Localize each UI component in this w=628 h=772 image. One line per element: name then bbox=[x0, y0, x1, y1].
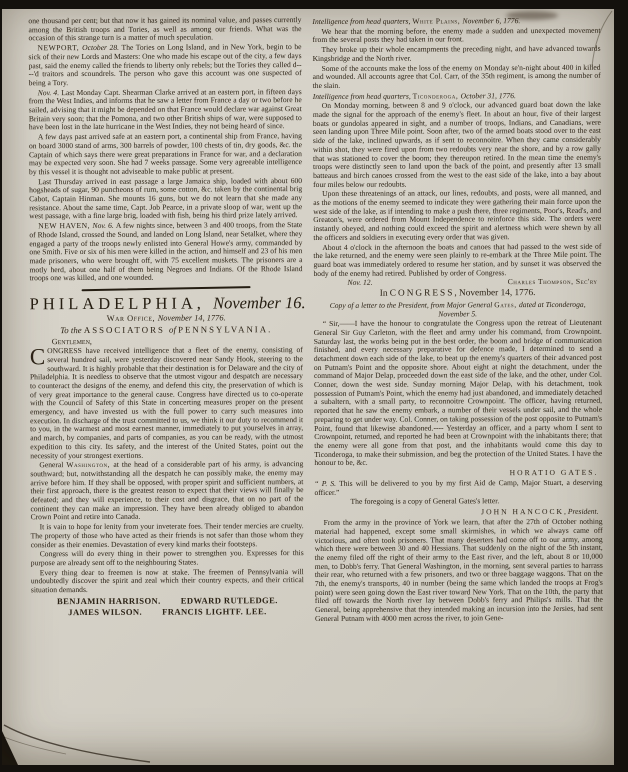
page-columns: one thousand per cent; but that now it h… bbox=[28, 15, 605, 762]
text-segment: PHILADELPHIA, bbox=[30, 294, 214, 314]
paragraph-congress-intelligence: CONGRESS have received intelligence that… bbox=[30, 346, 303, 460]
dateline-philadelphia: PHILADELPHIA, November 16. bbox=[30, 293, 303, 313]
text-segment: BENJAMIN HARRISON. bbox=[57, 595, 161, 606]
text-segment: It is vain to hope for lenity from your … bbox=[31, 521, 304, 549]
paragraph-newport: NEWPORT, October 28. The Tories on Long … bbox=[28, 43, 301, 88]
text-segment: On Monday morning, between 8 and 9 o'clo… bbox=[313, 100, 601, 189]
text-segment: Intelligence from head quarters, bbox=[313, 91, 413, 100]
heading-in-congress: In CONGRESS, November 14, 1776. bbox=[314, 288, 602, 300]
right-column: Intelligence from head quarters, White P… bbox=[312, 15, 603, 761]
text-segment: dated at Ticonderoga, bbox=[519, 300, 586, 309]
text-segment: November 6, 1776. bbox=[462, 16, 520, 25]
text-segment: Last Thursday arrived in east passage a … bbox=[29, 176, 302, 221]
paragraph-jamaica-ship: Last Thursday arrived in east passage a … bbox=[29, 177, 302, 222]
text-segment: They broke up their whole encampments th… bbox=[313, 44, 601, 63]
text-segment: From the army in the province of York we… bbox=[315, 517, 603, 623]
text-segment: Charles Thompson, Sec'ry bbox=[508, 278, 598, 287]
text-segment: In bbox=[380, 289, 390, 299]
text-segment: JAMES WILSON. bbox=[68, 607, 142, 618]
text-segment: Upon these threatenings of an attack, ou… bbox=[313, 188, 601, 242]
paragraph-postscript: “ P. S. This will be delivered to you by… bbox=[314, 479, 602, 498]
paragraph-lenity: It is vain to hope for lenity from your … bbox=[31, 522, 304, 549]
paragraph-nov4: Nov. 4. Last Monday Capt. Shearman Clark… bbox=[29, 88, 302, 133]
paragraph-washington: General Washington, at the head of a con… bbox=[30, 460, 303, 522]
paragraph-newhaven: NEW HAVEN, Nov. 6. A few nights since, b… bbox=[29, 221, 302, 283]
text-segment: October 31, 1776. bbox=[461, 91, 516, 100]
text-segment: Nov. 12. bbox=[348, 279, 373, 288]
text-segment: C bbox=[30, 347, 47, 366]
signature-row: BENJAMIN HARRISON.EDWARD RUTLEDGE. bbox=[31, 595, 304, 607]
text-segment: HORATIO GATES. bbox=[510, 468, 599, 477]
text-segment: one thousand per cent; but that now it h… bbox=[28, 15, 301, 43]
text-segment: To the bbox=[60, 325, 84, 335]
text-segment: Last Monday Capt. Shearman Clarke arrive… bbox=[29, 87, 302, 132]
heading-copy-of-letter: Copy of a letter to the President, from … bbox=[314, 300, 602, 319]
attestation-row: Nov. 12.Charles Thompson, Sec'ry bbox=[314, 278, 602, 288]
paragraph-sudden-movement: We hear that the morning before, the ene… bbox=[312, 26, 600, 45]
text-segment: Gates, bbox=[494, 300, 519, 309]
text-segment: Gentlemen, bbox=[52, 337, 92, 346]
text-segment: A few days past arrived safe at an easte… bbox=[29, 131, 302, 176]
text-segment: JOHN HANCOCK bbox=[481, 507, 564, 516]
paragraph-foregoing: The foregoing is a copy of General Gates… bbox=[314, 497, 602, 507]
paragraph-freemen: Every thing dear to freemen is now at st… bbox=[31, 568, 304, 595]
text-segment: November 14, 1776. bbox=[158, 313, 226, 322]
text-segment: This will be delivered to you by my firs… bbox=[314, 478, 602, 497]
text-segment: The foregoing is a copy of General Gates… bbox=[350, 497, 499, 507]
text-segment: “ Sir,——I have the honour to congratulat… bbox=[314, 318, 603, 468]
text-segment: About 4 o'clock in the afternoon the boa… bbox=[313, 241, 601, 277]
paragraph-gates-letter: “ Sir,——I have the honour to congratulat… bbox=[314, 319, 603, 468]
paragraph-enemy-loss: Some of the accounts make the loss of th… bbox=[313, 63, 601, 90]
paragraph-currency: one thousand per cent; but that now it h… bbox=[28, 16, 301, 43]
text-segment: ASSOCIATORS bbox=[84, 325, 169, 335]
paragraph-continental-ship: A few days past arrived safe at an easte… bbox=[29, 132, 302, 177]
text-segment: CONGRESS bbox=[390, 288, 455, 298]
section-divider-rule bbox=[81, 286, 250, 291]
paragraph-expresses: Congress will do every thing in their po… bbox=[31, 549, 304, 568]
left-column: one thousand per cent; but that now it h… bbox=[28, 16, 304, 762]
text-segment: We hear that the morning before, the ene… bbox=[312, 25, 600, 44]
newspaper-page: one thousand per cent; but that now it h… bbox=[2, 9, 614, 765]
text-segment: November 5. bbox=[438, 309, 477, 318]
paragraph-four-oclock: About 4 o'clock in the afternoon the boa… bbox=[313, 242, 601, 278]
text-segment: Every thing dear to freemen is now at st… bbox=[31, 567, 304, 595]
text-segment: War Office, bbox=[107, 314, 158, 323]
text-segment: EDWARD RUTLEDGE. bbox=[181, 595, 278, 606]
text-segment: FRANCIS LIGHTF. LEE. bbox=[162, 607, 267, 618]
text-segment: White Plains, bbox=[412, 16, 462, 25]
paragraph-army-of-york: From the army in the province of York we… bbox=[315, 518, 603, 624]
signature-row: JAMES WILSON.FRANCIS LIGHTF. LEE. bbox=[31, 606, 304, 618]
text-segment: A few nights since, between 3 and 400 tr… bbox=[29, 220, 302, 282]
text-segment: November 16. bbox=[213, 293, 306, 312]
scan-corner-shadow bbox=[2, 731, 18, 765]
text-segment: Some of the accounts make the loss of th… bbox=[313, 62, 601, 90]
paragraph-monday-morning: On Monday morning, between 8 and 9 o'clo… bbox=[313, 101, 601, 189]
text-segment: Congress will do every thing in their po… bbox=[31, 548, 304, 567]
paragraph-encampments: They broke up their whole encampments th… bbox=[313, 45, 601, 64]
text-segment: , President. bbox=[564, 507, 599, 516]
heading-associators: To the ASSOCIATORS of PENNSYLVANIA. bbox=[30, 324, 303, 336]
text-segment: PENNSYLVANIA. bbox=[178, 324, 272, 334]
paragraph-threatenings: Upon these threatenings of an attack, ou… bbox=[313, 189, 601, 242]
text-segment: ONGRESS have received intelligence that … bbox=[30, 345, 303, 460]
text-segment: at the head of a considerable part of hi… bbox=[30, 459, 303, 521]
heading-war-office: War Office, November 14, 1776. bbox=[30, 313, 303, 324]
text-segment: Ticonderoga, bbox=[413, 91, 461, 100]
text-segment: Intelligence from head quarters, bbox=[312, 17, 412, 26]
text-segment: , November 14, 1776. bbox=[454, 288, 535, 298]
